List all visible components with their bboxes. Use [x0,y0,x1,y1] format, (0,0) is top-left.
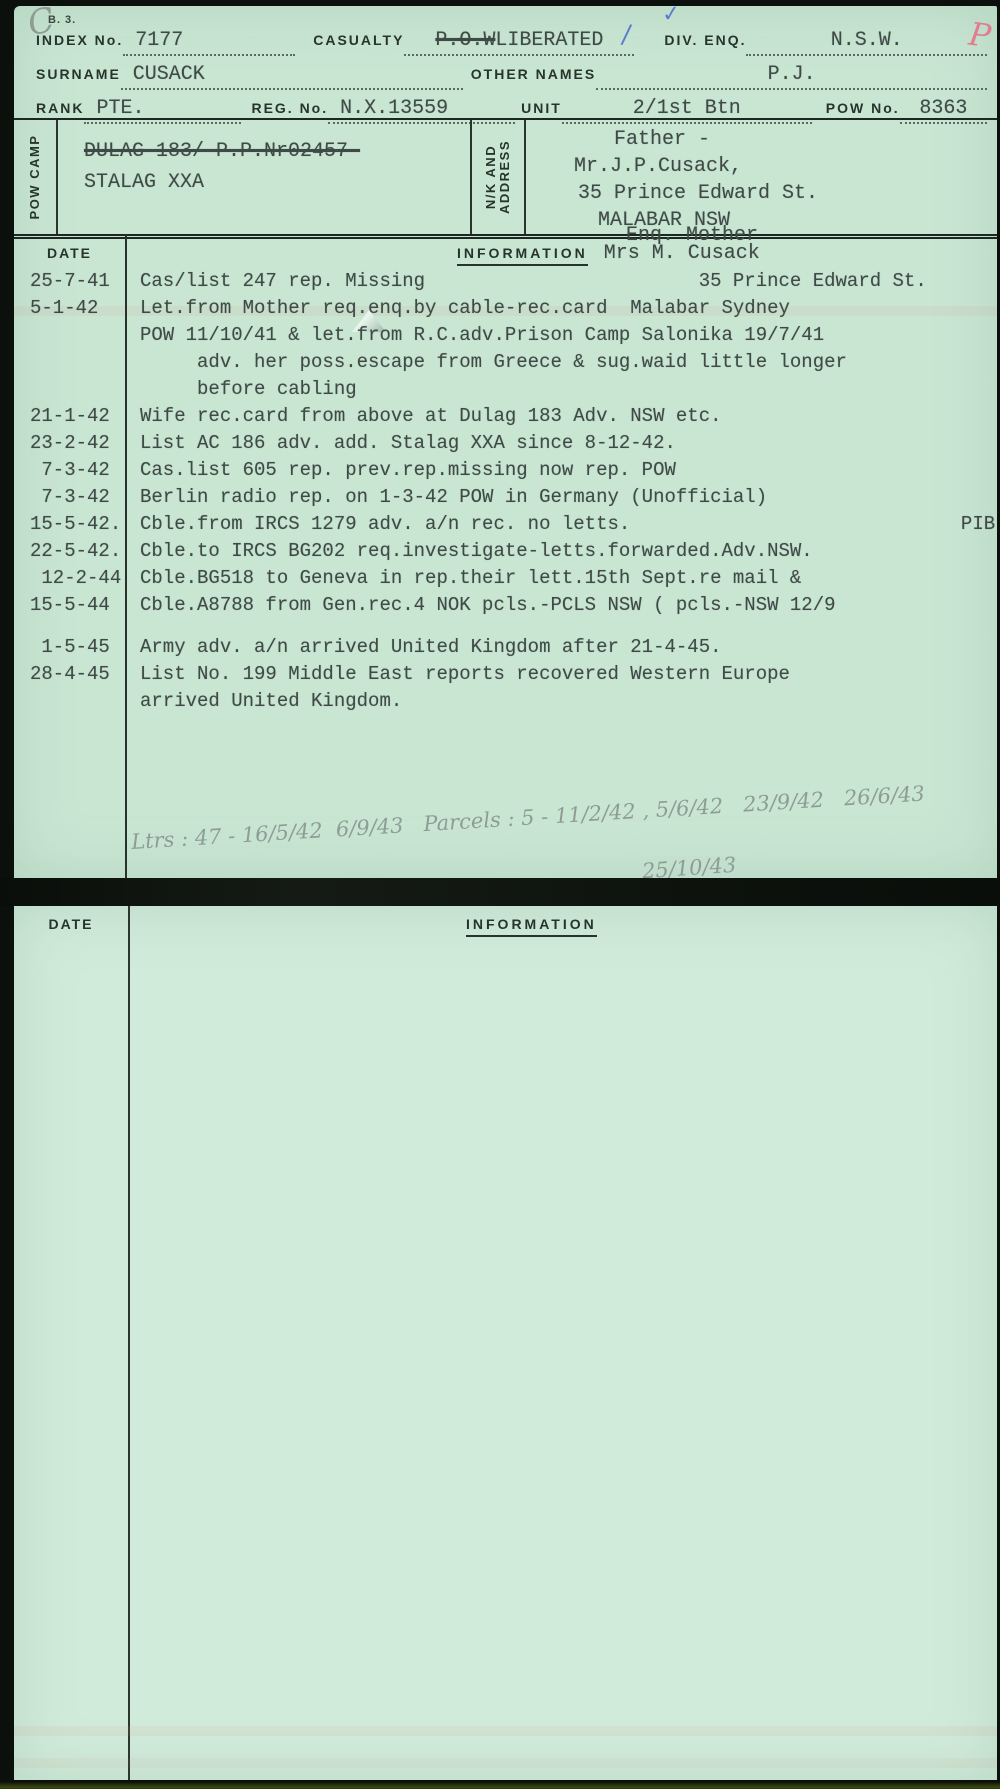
row-text: List No. 199 Middle East reports recover… [125,661,997,688]
pow-camp-label-column: POW CAMP [14,120,58,234]
pow-camp-entries: DULAG-183/-P.P.Nr02457- STALAG XXA [58,120,470,234]
table-row: before cabling [14,376,997,403]
other-names-label: OTHER NAMES [471,66,596,82]
date-column-divider-2 [128,906,130,1783]
table-row: 22-5-42. Cble.to IRCS BG202 req.investig… [14,538,997,565]
div-enq-value: N.S.W. [746,28,987,56]
row-text: Cble.to IRCS BG202 req.investigate-letts… [125,538,997,565]
unit-label: UNIT [521,100,562,116]
date-header: DATE [14,245,125,261]
row-date [14,376,125,403]
row-text: List AC 186 adv. add. Stalag XXA since 8… [125,430,997,457]
nk-address-label: N/K ANDADDRESS [484,140,512,214]
row-text: Cble.from IRCS 1279 adv. a/n rec. no let… [125,511,997,538]
scan-bottom-edge [0,1780,1000,1789]
surname-value: CUSACK [121,62,463,90]
row-text: before cabling [125,376,997,403]
row-date: 15-5-44 [14,592,125,619]
table-row: adv. her poss.escape from Greece & sug.w… [14,349,997,376]
row-text: Cble.BG518 to Geneva in rep.their lett.1… [125,565,997,592]
scan-streak [14,1726,997,1736]
nk-address-content: Father - Mr.J.P.Cusack, 35 Prince Edward… [526,120,997,234]
table-header-2: DATE INFORMATION [14,916,997,942]
pencil-letters-parcels-note: Ltrs : 47 - 16/5/42 6/9/43 Parcels : 5 -… [131,777,1000,854]
table-row: 7-3-42 Berlin radio rep. on 1-3-42 POW i… [14,484,997,511]
row-date: 21-1-42 [14,403,125,430]
row-date: 25-7-41 [14,268,125,295]
date-header-2: DATE [14,916,128,932]
casualty-label: CASUALTY [313,32,404,48]
row-text: Wife rec.card from above at Dulag 183 Ad… [125,403,997,430]
other-names-value: P.J. [596,62,987,90]
field-row-surname: SURNAME CUSACK OTHER NAMES P.J. [14,62,997,94]
table-row: 7-3-42 Cas.list 605 rep. prev.rep.missin… [14,457,997,484]
nk-name-line: Mr.J.P.Cusack, [526,153,997,180]
row-date: 15-5-42. [14,511,125,538]
casualty-struck-text: P.O.W [435,29,495,52]
casualty-value: P.O.WLIBERATED [404,28,634,56]
enquirer-note: Enq. Mother [626,222,758,249]
table-row: 5-1-42 Let.from Mother req.enq.by cable-… [14,295,997,322]
row-date: 7-3-42 [14,457,125,484]
index-no-label: INDEX No. [36,32,123,48]
pow-camp-section: POW CAMP DULAG-183/-P.P.Nr02457- STALAG … [14,118,997,236]
information-header-2: INFORMATION [466,916,597,937]
row-text: Army adv. a/n arrived United Kingdom aft… [125,634,997,661]
nk-street-line: 35 Prince Edward St. [526,180,997,207]
row-date [14,322,125,349]
card-gap [0,878,1000,906]
camp-struck-entry: DULAG-183/-P.P.Nr02457- [84,136,470,167]
row-text: Let.from Mother req.enq.by cable-rec.car… [125,295,997,322]
index-no-value: 7177 [123,28,295,56]
table-row: 15-5-42. Cble.from IRCS 1279 adv. a/n re… [14,511,997,538]
row-text: Cble.A8788 from Gen.rec.4 NOK pcls.-PCLS… [125,592,997,619]
row-date: 22-5-42. [14,538,125,565]
row-text: arrived United Kingdom. [125,688,997,715]
camp-current-entry: STALAG XXA [84,167,470,198]
table-row: arrived United Kingdom. [14,688,997,715]
row-text: adv. her poss.escape from Greece & sug.w… [125,349,997,376]
table-row: 25-7-41 Cas/list 247 rep. Missing 35 Pri… [14,268,997,295]
row-date [14,349,125,376]
row-text: Cas/list 247 rep. Missing 35 Prince Edwa… [125,268,997,295]
pow-card-front: B. 3. C P / ✓ INDEX No. 7177 CASUALTY P.… [14,6,997,878]
nk-relation-line: Father - [526,126,997,153]
section-rule [14,237,997,239]
surname-label: SURNAME [36,66,121,82]
row-text: Berlin radio rep. on 1-3-42 POW in Germa… [125,484,997,511]
pow-card-continuation: DATE INFORMATION [14,906,997,1783]
row-date: 23-2-42 [14,430,125,457]
nk-label-line1: N/K AND [483,145,498,209]
field-row-index: INDEX No. 7177 CASUALTY P.O.WLIBERATED D… [14,28,997,60]
info-table: 25-7-41 Cas/list 247 rep. Missing 35 Pri… [14,268,997,715]
blue-tick-mark: ✓ [661,1,682,28]
nk-suburb-line: MALABAR NSW [526,207,997,234]
reg-no-label: REG. No. [251,100,328,116]
nk-address-label-column: N/K ANDADDRESS [470,120,526,234]
row-date: 28-4-45 [14,661,125,688]
table-row: POW 11/10/41 & let.from R.C.adv.Prison C… [14,322,997,349]
nk-label-line2: ADDRESS [497,140,512,214]
table-row: 23-2-42 List AC 186 adv. add. Stalag XXA… [14,430,997,457]
rank-label: RANK [36,100,84,116]
div-enq-label: DIV. ENQ. [664,32,746,48]
scan-streak [14,1758,997,1768]
table-row: 1-5-45 Army adv. a/n arrived United King… [14,634,997,661]
row-date: 12-2-44 [14,565,125,592]
information-header: INFORMATION [457,245,588,266]
table-row: 21-1-42 Wife rec.card from above at Dula… [14,403,997,430]
table-row: 28-4-45 List No. 199 Middle East reports… [14,661,997,688]
pow-no-label: POW No. [826,100,900,116]
row-text: Cas.list 605 rep. prev.rep.missing now r… [125,457,997,484]
row-date [14,688,125,715]
table-header: DATE INFORMATION Mrs M. Cusack [14,242,997,268]
row-date: 5-1-42 [14,295,125,322]
pow-index-card-scan: B. 3. C P / ✓ INDEX No. 7177 CASUALTY P.… [0,0,1000,1789]
table-row: 12-2-44 Cble.BG518 to Geneva in rep.thei… [14,565,997,592]
row-text: POW 11/10/41 & let.from R.C.adv.Prison C… [125,322,997,349]
table-row: 15-5-44 Cble.A8788 from Gen.rec.4 NOK pc… [14,592,997,619]
row-date: 7-3-42 [14,484,125,511]
row-date: 1-5-45 [14,634,125,661]
casualty-current-text: LIBERATED [495,29,603,52]
pow-camp-label: POW CAMP [28,135,42,220]
